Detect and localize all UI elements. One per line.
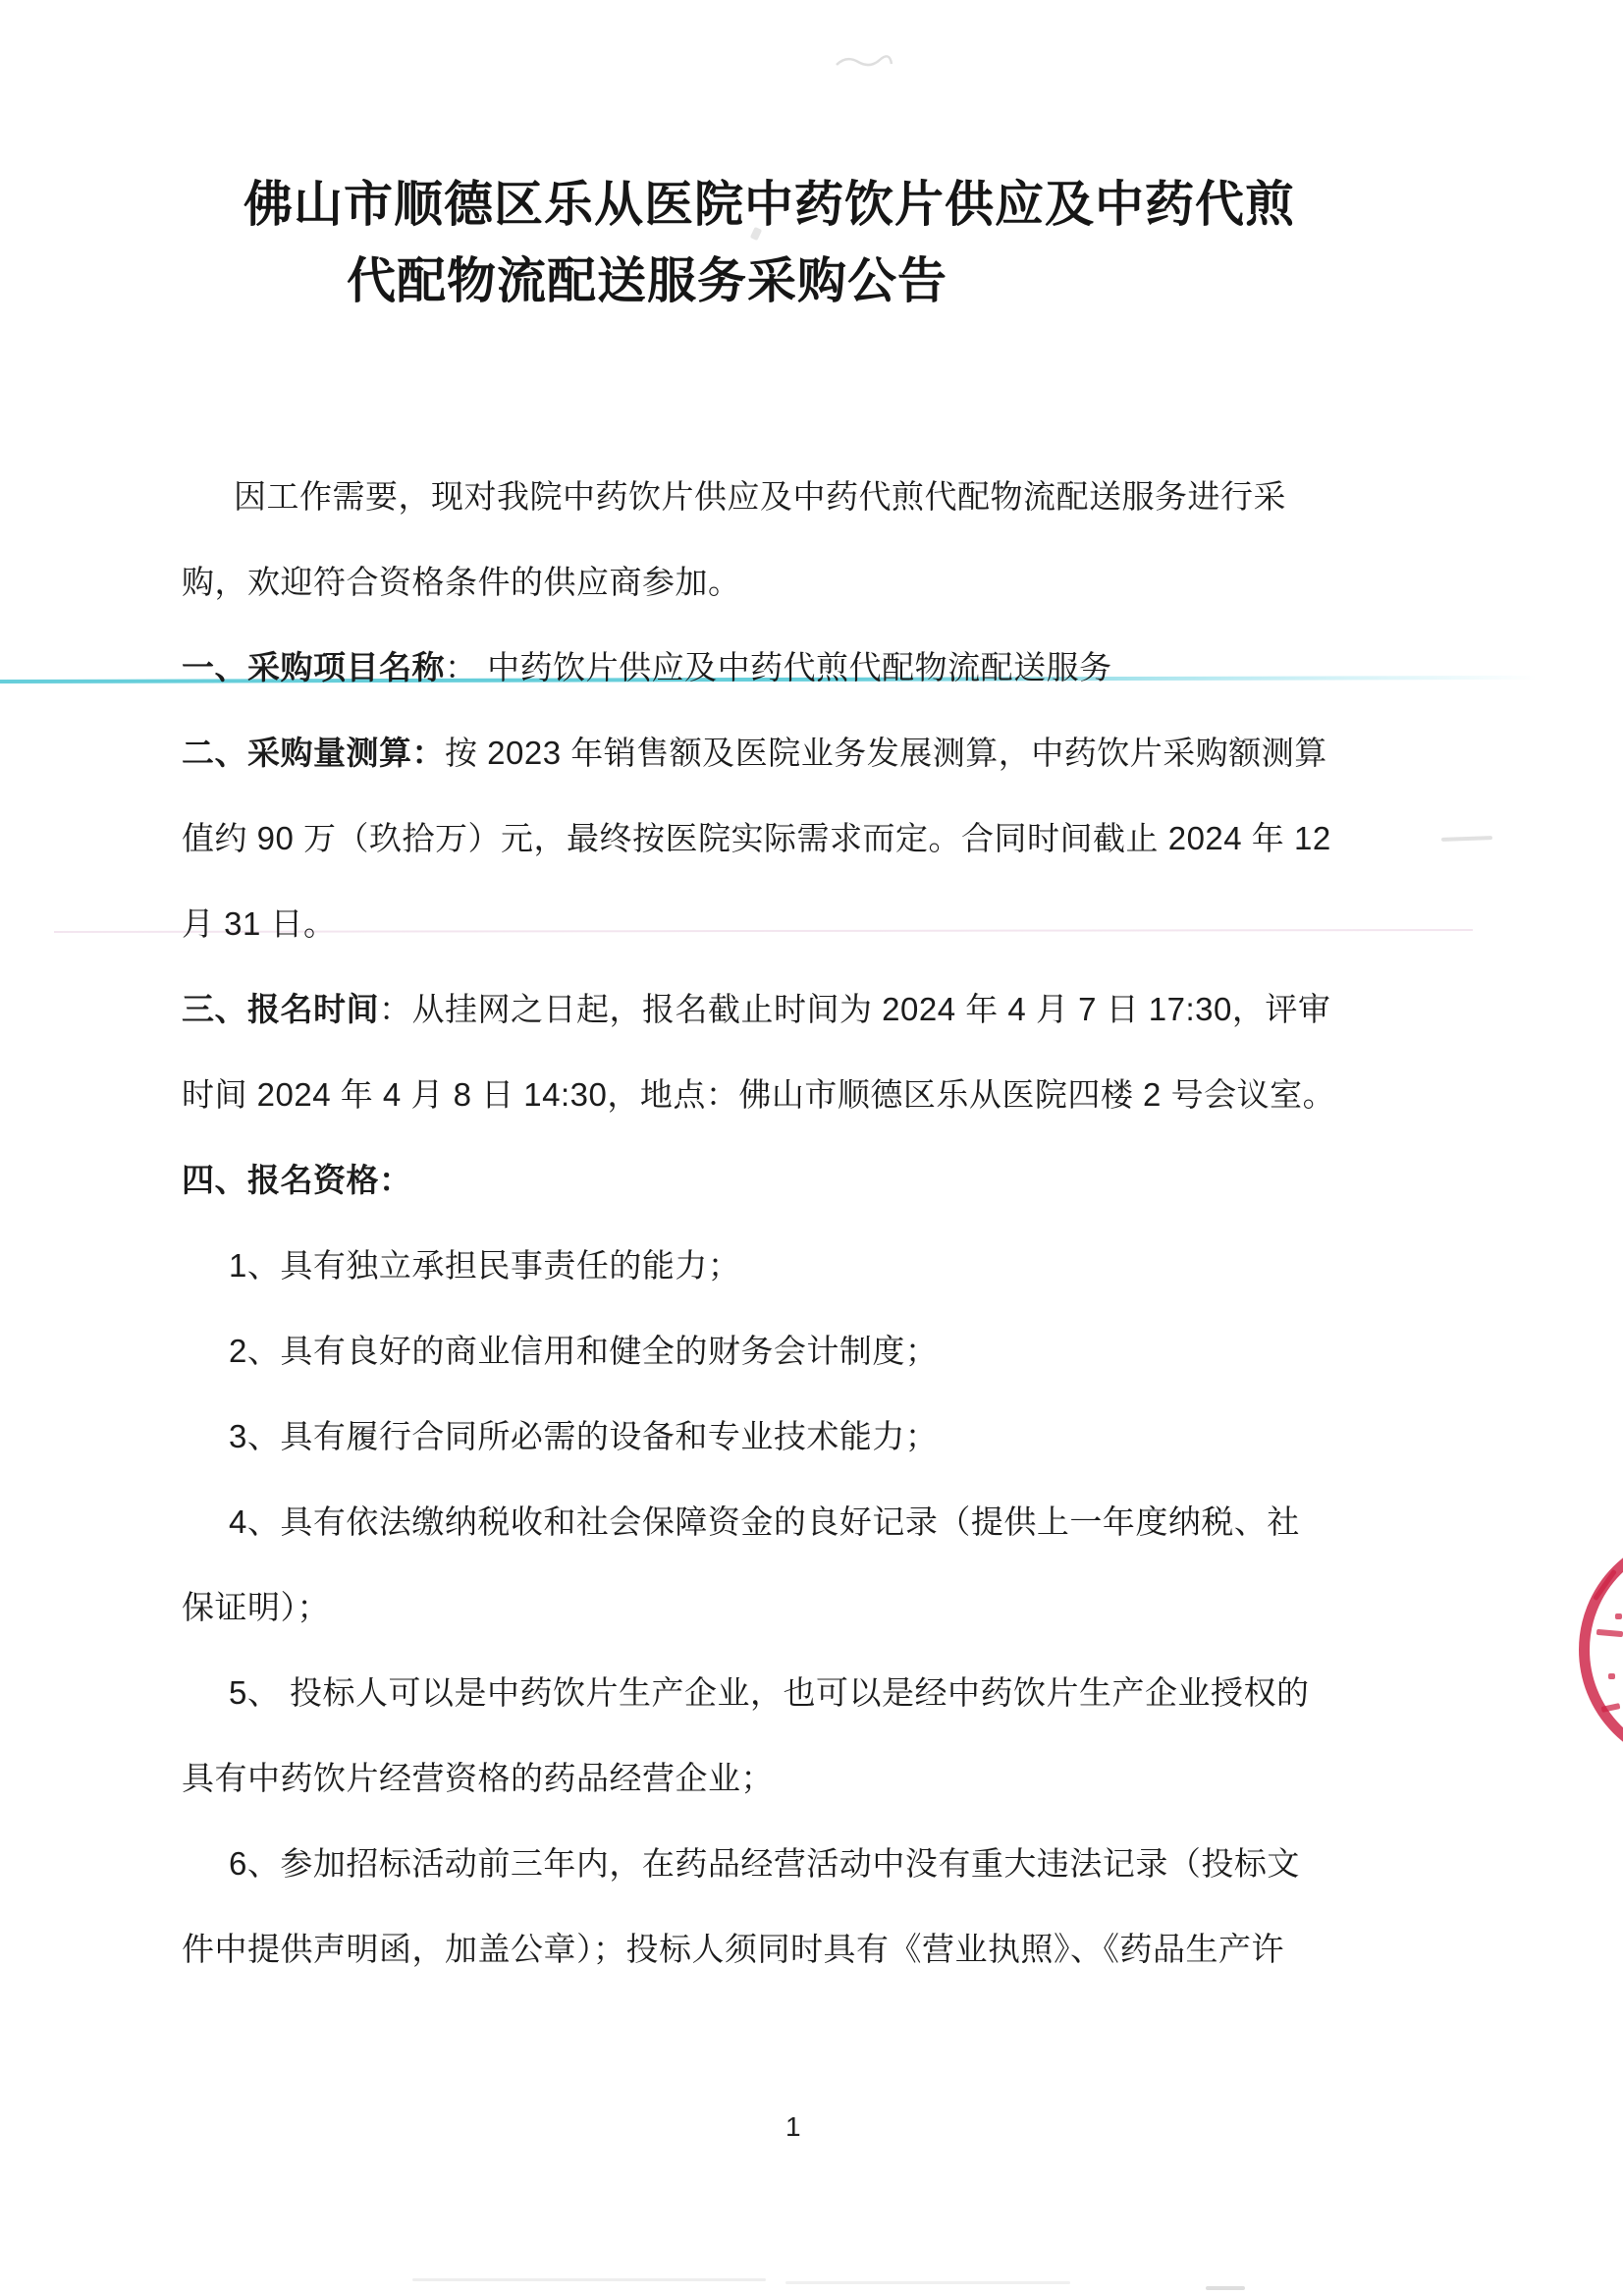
scan-smudge — [785, 2281, 1070, 2284]
document-title-line-1: 佛山市顺德区乐从医院中药饮片供应及中药代煎 — [243, 165, 1295, 236]
text-line: 保证明）； — [182, 1564, 1556, 1650]
text-line: 三、报名时间：从挂网之日起，报名截止时间为 2024 年 4 月 7 日 17:… — [182, 966, 1556, 1052]
text-segment: 保证明）； — [182, 1589, 330, 1625]
text-segment: 购，欢迎符合资格条件的供应商参加。 — [182, 564, 741, 600]
text-line: 5、 投标人可以是中药饮片生产企业，也可以是经中药饮片生产企业授权的 — [182, 1650, 1556, 1735]
text-segment: 4、具有依法缴纳税收和社会保障资金的良好记录（提供上一年度纳税、社 — [229, 1503, 1300, 1540]
page-number: 1 — [785, 2111, 801, 2143]
text-segment: 5、 投标人可以是中药饮片生产企业，也可以是经中药饮片生产企业授权的 — [229, 1674, 1310, 1711]
text-line: 时间 2024 年 4 月 8 日 14:30，地点：佛山市顺德区乐从医院四楼 … — [182, 1052, 1556, 1137]
scan-smudge — [1206, 2286, 1245, 2290]
text-segment: 月 31 日。 — [182, 905, 337, 942]
text-segment-bold: 一、采购项目名称 — [182, 649, 445, 685]
text-segment: 2、具有良好的商业信用和健全的财务会计制度； — [229, 1333, 938, 1369]
text-line: 3、具有履行合同所必需的设备和专业技术能力； — [182, 1394, 1556, 1479]
text-segment: 件中提供声明函，加盖公章）；投标人须同时具有《营业执照》、《药品生产许 — [182, 1931, 1284, 1967]
red-seal-stamp-stroke — [1615, 1613, 1622, 1619]
text-line: 四、报名资格： — [182, 1137, 1556, 1223]
text-segment: 值约 90 万（玖拾万）元，最终按医院实际需求而定。合同时间截止 2024 年 … — [182, 820, 1331, 856]
scan-noise-squiggle — [835, 51, 893, 73]
scanned-document-page: 佛山市顺德区乐从医院中药饮片供应及中药代煎 代配物流配送服务采购公告 因工作需要… — [0, 0, 1623, 2296]
scan-smudge — [412, 2278, 766, 2281]
text-segment-bold: 二、采购量测算： — [182, 735, 445, 771]
text-segment: 3、具有履行合同所必需的设备和专业技术能力； — [229, 1418, 938, 1454]
text-line: 件中提供声明函，加盖公章）；投标人须同时具有《营业执照》、《药品生产许 — [182, 1906, 1556, 1992]
text-line: 因工作需要，现对我院中药饮片供应及中药代煎代配物流配送服务进行采 — [182, 454, 1556, 539]
text-segment: 时间 2024 年 4 月 8 日 14:30，地点：佛山市顺德区乐从医院四楼 … — [182, 1076, 1335, 1113]
text-segment: ： 中药饮片供应及中药代煎代配物流配送服务 — [445, 649, 1112, 685]
text-line: 值约 90 万（玖拾万）元，最终按医院实际需求而定。合同时间截止 2024 年 … — [182, 795, 1556, 881]
text-line: 1、具有独立承担民事责任的能力； — [182, 1223, 1556, 1308]
document-body: 因工作需要，现对我院中药饮片供应及中药代煎代配物流配送服务进行采购，欢迎符合资格… — [182, 454, 1556, 1992]
red-seal-stamp — [1579, 1532, 1623, 1768]
text-line: 二、采购量测算：按 2023 年销售额及医院业务发展测算，中药饮片采购额测算 — [182, 710, 1556, 795]
text-line: 一、采购项目名称： 中药饮片供应及中药代煎代配物流配送服务 — [182, 625, 1556, 710]
text-segment-bold: 三、报名时间 — [182, 991, 379, 1027]
text-segment: 因工作需要，现对我院中药饮片供应及中药代煎代配物流配送服务进行采 — [234, 478, 1286, 515]
text-line: 购，欢迎符合资格条件的供应商参加。 — [182, 539, 1556, 625]
text-segment-bold: 四、报名资格： — [182, 1162, 412, 1198]
text-segment: 具有中药饮片经营资格的药品经营企业； — [182, 1760, 774, 1796]
text-line: 2、具有良好的商业信用和健全的财务会计制度； — [182, 1308, 1556, 1394]
text-line: 4、具有依法缴纳税收和社会保障资金的良好记录（提供上一年度纳税、社 — [182, 1479, 1556, 1564]
text-segment: ：从挂网之日起，报名截止时间为 2024 年 4 月 7 日 17:30，评审 — [379, 991, 1330, 1027]
text-segment: 6、参加招标活动前三年内，在药品经营活动中没有重大违法记录（投标文 — [229, 1845, 1300, 1882]
text-segment: 1、具有独立承担民事责任的能力； — [229, 1247, 740, 1284]
text-segment: 按 2023 年销售额及医院业务发展测算，中药饮片采购额测算 — [445, 735, 1327, 771]
red-seal-stamp-stroke — [1608, 1673, 1615, 1679]
text-line: 月 31 日。 — [182, 881, 1556, 966]
text-line: 6、参加招标活动前三年内，在药品经营活动中没有重大违法记录（投标文 — [182, 1821, 1556, 1906]
text-line: 具有中药饮片经营资格的药品经营企业； — [182, 1735, 1556, 1821]
document-title-line-2: 代配物流配送服务采购公告 — [347, 242, 947, 312]
